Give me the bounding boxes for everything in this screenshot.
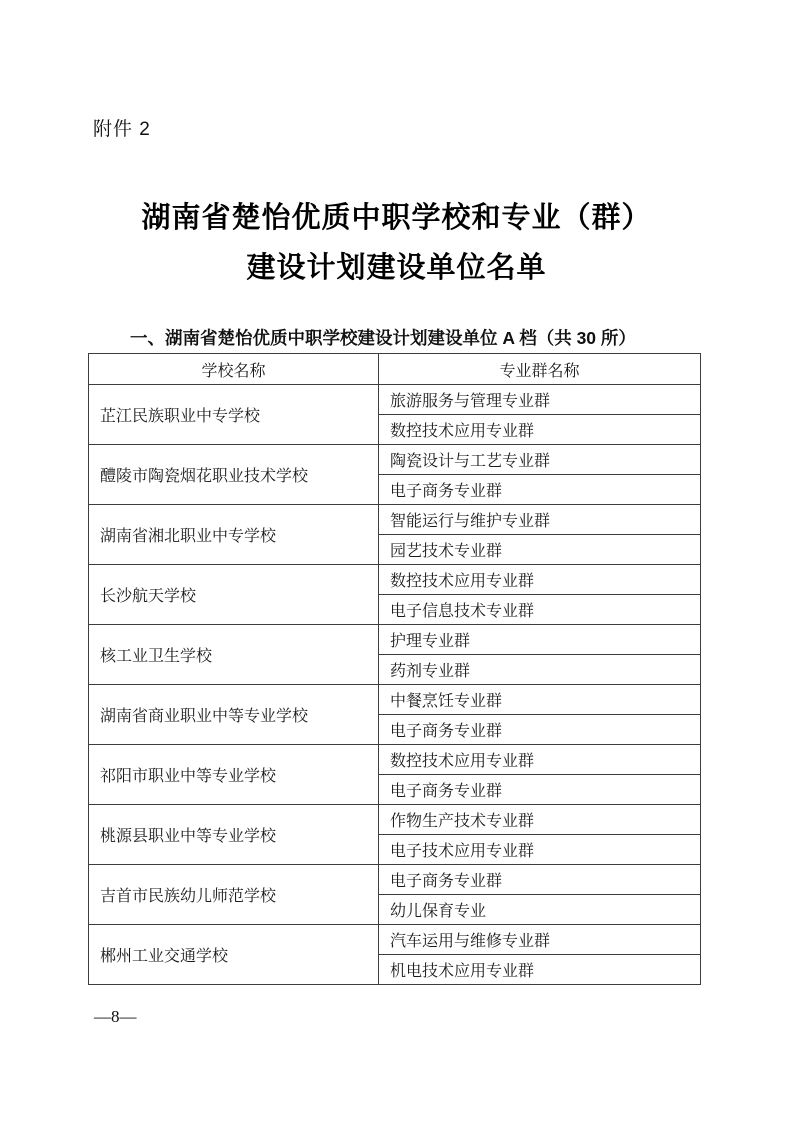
school-name-cell: 湖南省商业职业中等专业学校 xyxy=(89,685,379,745)
column-header-specialty-group: 专业群名称 xyxy=(379,354,701,385)
specialty-group-cell: 电子商务专业群 xyxy=(379,475,701,505)
table-row: 醴陵市陶瓷烟花职业技术学校陶瓷设计与工艺专业群 xyxy=(89,445,701,475)
school-name-cell: 祁阳市职业中等专业学校 xyxy=(89,745,379,805)
specialty-group-cell: 作物生产技术专业群 xyxy=(379,805,701,835)
document-title-line1: 湖南省楚怡优质中职学校和专业（群） xyxy=(0,193,793,243)
specialty-group-cell: 数控技术应用专业群 xyxy=(379,745,701,775)
specialty-group-cell: 电子商务专业群 xyxy=(379,715,701,745)
school-name-cell: 桃源县职业中等专业学校 xyxy=(89,805,379,865)
table-row: 核工业卫生学校护理专业群 xyxy=(89,625,701,655)
table-header-row: 学校名称 专业群名称 xyxy=(89,354,701,385)
specialty-group-cell: 陶瓷设计与工艺专业群 xyxy=(379,445,701,475)
table-row: 桃源县职业中等专业学校作物生产技术专业群 xyxy=(89,805,701,835)
specialty-group-cell: 机电技术应用专业群 xyxy=(379,955,701,985)
page-number: —8— xyxy=(94,1007,793,1027)
table-row: 长沙航天学校数控技术应用专业群 xyxy=(89,565,701,595)
section-heading: 一、湖南省楚怡优质中职学校建设计划建设单位 A 档（共 30 所） xyxy=(130,326,793,350)
document-page: 附件 2 湖南省楚怡优质中职学校和专业（群） 建设计划建设单位名单 一、湖南省楚… xyxy=(0,0,793,1122)
attachment-label: 附件 2 xyxy=(93,118,793,141)
school-name-cell: 核工业卫生学校 xyxy=(89,625,379,685)
specialty-group-cell: 幼儿保育专业 xyxy=(379,895,701,925)
table-row: 芷江民族职业中专学校旅游服务与管理专业群 xyxy=(89,385,701,415)
specialty-group-cell: 电子商务专业群 xyxy=(379,775,701,805)
table-body: 芷江民族职业中专学校旅游服务与管理专业群数控技术应用专业群醴陵市陶瓷烟花职业技术… xyxy=(89,385,701,985)
specialty-group-cell: 智能运行与维护专业群 xyxy=(379,505,701,535)
school-name-cell: 长沙航天学校 xyxy=(89,565,379,625)
document-title: 湖南省楚怡优质中职学校和专业（群） 建设计划建设单位名单 xyxy=(0,193,793,293)
school-name-cell: 吉首市民族幼儿师范学校 xyxy=(89,865,379,925)
school-name-cell: 醴陵市陶瓷烟花职业技术学校 xyxy=(89,445,379,505)
specialty-group-cell: 园艺技术专业群 xyxy=(379,535,701,565)
specialty-group-cell: 数控技术应用专业群 xyxy=(379,565,701,595)
specialty-group-cell: 中餐烹饪专业群 xyxy=(379,685,701,715)
table-row: 湖南省商业职业中等专业学校中餐烹饪专业群 xyxy=(89,685,701,715)
school-name-cell: 郴州工业交通学校 xyxy=(89,925,379,985)
table-row: 郴州工业交通学校汽车运用与维修专业群 xyxy=(89,925,701,955)
specialty-group-cell: 电子信息技术专业群 xyxy=(379,595,701,625)
specialty-group-cell: 汽车运用与维修专业群 xyxy=(379,925,701,955)
school-table: 学校名称 专业群名称 芷江民族职业中专学校旅游服务与管理专业群数控技术应用专业群… xyxy=(88,353,701,985)
table-row: 吉首市民族幼儿师范学校电子商务专业群 xyxy=(89,865,701,895)
column-header-school: 学校名称 xyxy=(89,354,379,385)
table-row: 湖南省湘北职业中专学校智能运行与维护专业群 xyxy=(89,505,701,535)
specialty-group-cell: 护理专业群 xyxy=(379,625,701,655)
school-name-cell: 湖南省湘北职业中专学校 xyxy=(89,505,379,565)
table-row: 祁阳市职业中等专业学校数控技术应用专业群 xyxy=(89,745,701,775)
specialty-group-cell: 电子商务专业群 xyxy=(379,865,701,895)
specialty-group-cell: 数控技术应用专业群 xyxy=(379,415,701,445)
school-name-cell: 芷江民族职业中专学校 xyxy=(89,385,379,445)
document-title-line2: 建设计划建设单位名单 xyxy=(0,243,793,293)
specialty-group-cell: 药剂专业群 xyxy=(379,655,701,685)
specialty-group-cell: 旅游服务与管理专业群 xyxy=(379,385,701,415)
specialty-group-cell: 电子技术应用专业群 xyxy=(379,835,701,865)
